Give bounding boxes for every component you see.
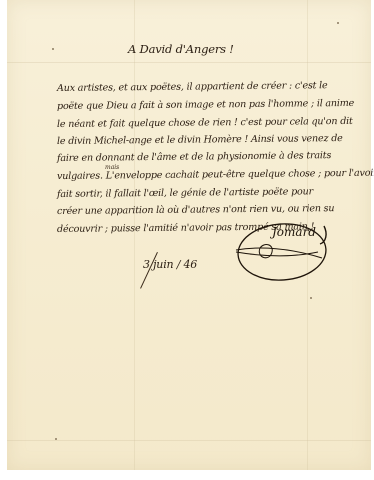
paper-speck (55, 438, 57, 440)
paper-speck (310, 297, 312, 299)
paper-fold-line (7, 440, 371, 441)
paper-fold-line (134, 0, 135, 470)
interlinear-insertion: mais (105, 164, 119, 171)
letter-salutation: A David d'Angers ! (128, 42, 234, 56)
paper-speck (337, 22, 339, 24)
paper-fold-line (7, 62, 371, 63)
letter-signature: Jomard (272, 225, 316, 239)
paper-speck (52, 48, 54, 50)
